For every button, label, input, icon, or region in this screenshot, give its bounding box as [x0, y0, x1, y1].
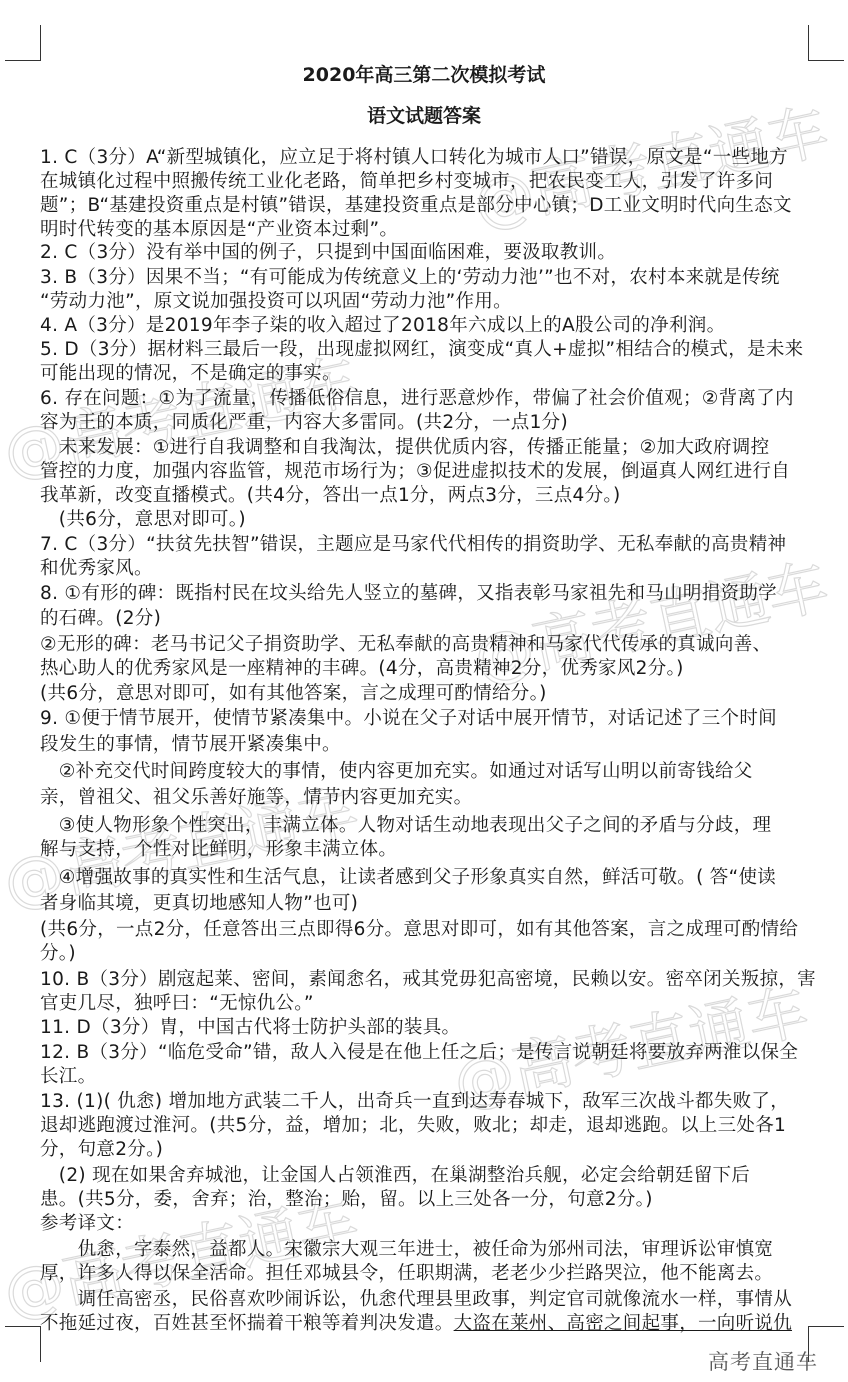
text-line: (共6分，一点2分，任意答出三点即得6分。意思对即可，如有其他答案，言之成理可酌…: [40, 918, 798, 942]
text-line: 长江。: [40, 1065, 96, 1089]
text-line: (共6分，意思对即可。): [40, 508, 246, 532]
text-line: 厚，许多人得以保全活命。担任邓城县令，任职期满，老老少少拦路哭泣，他不能离去。: [40, 1262, 773, 1286]
text-line: 在城镇化过程中照搬传统工业化老路，简单把乡村变城市，把农民变工人，引发了许多问: [40, 170, 773, 194]
text-line: 官吏几尽，独呼曰：“无惊仇公。”: [40, 992, 314, 1016]
text-line: 仇悆，字泰然，益都人。宋徽宗大观三年进士，被任命为邠州司法，审理诉讼审慎宽: [40, 1238, 773, 1262]
text-line: 2. C（3分）没有举中国的例子，只提到中国面临困难，要汲取教训。: [40, 241, 616, 265]
text-line: 我革新，改变直播模式。(共4分，答出一点1分，两点3分，三点4分。): [40, 484, 620, 508]
text-line: 患。(共5分，委，舍弃；治，整治；贻，留。以上三处各一分，句意2分。): [40, 1188, 653, 1212]
text-line: ②无形的碑：老马书记父子捐资助学、无私奉献的高贵精神和马家代代传承的真诚向善、: [40, 633, 771, 657]
text-line: 明时代转变的基本原因是“产业资本过剩”。: [40, 218, 398, 242]
text-line: (2) 现在如果舍弃城池，让金国人占领淮西，在巢湖整治兵舰，必定会给朝廷留下后: [40, 1164, 750, 1188]
crop-mark-top-right: [808, 25, 844, 61]
text-line: 8. ①有形的碑：既指村民在坟头给先人竖立的墓碑，又指表彰马家祖先和马山明捐资助…: [40, 582, 777, 606]
text-line: 和优秀家风。: [40, 557, 153, 581]
document-title: 2020年高三第二次模拟考试: [0, 60, 848, 87]
text-line: 亲，曾祖父、祖父乐善好施等，情节内容更加充实。: [40, 786, 472, 810]
text-line: 1. C（3分）A“新型城镇化，应立足于将村镇人口转化为城市人口”错误，原文是“…: [40, 146, 788, 170]
text-line: 段发生的事情，情节展开紧凑集中。: [40, 733, 341, 757]
text-line: 解与支持，个性对比鲜明，形象丰满立体。: [40, 838, 397, 862]
text-line: 调任高密丞，民俗喜欢吵闹诉讼，仇悆代理县里政事，判定官司就像流水一样，事情从: [40, 1288, 792, 1312]
text-line: 11. D（3分）胄，中国古代将士防护头部的装具。: [40, 1016, 460, 1040]
text-line: 管控的力度，加强内容监管，规范市场行为；③促进虚拟技术的发展，倒逼真人网红进行自: [40, 460, 790, 484]
text-line: 不拖延过夜，百姓甚至怀揣着干粮等着判决发遣。大盗在莱州、高密之间起事，一向听说仇: [40, 1312, 792, 1336]
text-line: 5. D（3分）据材料三最后一段，出现虚拟网红，演变成“真人+虚拟”相结合的模式…: [40, 338, 803, 362]
text-line: (共6分，意思对即可，如有其他答案，言之成理可酌情给分。): [40, 682, 547, 706]
text-line: 参考译文：: [40, 1212, 134, 1236]
document-subtitle: 语文试题答案: [0, 101, 848, 128]
text-line: 容为王的本质，同质化严重，内容大多雷同。(共2分，一点1分): [40, 411, 568, 435]
text-line: 者身临其境，更真切地感知人物”也可): [40, 892, 358, 916]
text-line: ④增强故事的真实性和生活气息，让读者感到父子形象真实自然，鲜活可敬。( 答“使读: [40, 866, 776, 890]
text-line: 6. 存在问题：①为了流量，传播低俗信息，进行恶意炒作，带偏了社会价值观；②背离…: [40, 387, 794, 411]
crop-mark-bottom-left: [5, 1326, 41, 1362]
text-line: 题”；B“基建投资重点是村镇”错误，基建投资重点是部分中心镇；D工业文明时代向生…: [40, 194, 792, 218]
text-line: 退却逃跑渡过淮河。(共5分，益，增加；北，失败，败北；却走，退却逃跑。以上三处各…: [40, 1114, 786, 1138]
text-line: 12. B（3分）“临危受命”错，敌人入侵是在他上任之后；是传言说朝廷将要放弃两…: [40, 1041, 798, 1065]
text-line: 13. (1)( 仇悆) 增加地方武装二千人，出奇兵一直到达寿春城下，敌军三次战…: [40, 1090, 789, 1114]
text-line: ②补充交代时间跨度较大的事情，使内容更加充实。如通过对话写山明以前寄钱给父: [40, 760, 753, 784]
text-line: 未来发展：①进行自我调整和自我淘汰，提供优质内容，传播正能量；②加大政府调控: [40, 436, 769, 460]
footer-brand: 高考直通车: [708, 1346, 818, 1376]
text-line: 可能出现的情况，不是确定的事实。: [40, 362, 341, 386]
underlined-text: 大盗在莱州、高密之间起事，一向听说仇: [454, 1313, 792, 1334]
text-segment: 不拖延过夜，百姓甚至怀揣着干粮等着判决发遣。: [40, 1313, 454, 1334]
crop-mark-top-left: [5, 25, 41, 61]
text-line: 10. B（3分）剧寇起莱、密间，素闻悆名，戒其党毋犯高密境，民赖以安。密卒闭关…: [40, 968, 816, 992]
text-line: 分，句意2分。): [40, 1138, 163, 1162]
text-line: 9. ①便于情节展开，使情节紧凑集中。小说在父子对话中展开情节，对话记述了三个时…: [40, 707, 777, 731]
text-line: “劳动力池”，原文说加强投资可以巩固“劳动力池”作用。: [40, 290, 512, 314]
text-line: 的石碑。(2分): [40, 607, 161, 631]
text-line: ③使人物形象个性突出，丰满立体。人物对话生动地表现出父子之间的矛盾与分歧，理: [40, 814, 771, 838]
text-line: 分。): [40, 942, 76, 966]
text-line: 热心助人的优秀家风是一座精神的丰碑。(4分，高贵精神2分，优秀家风2分。): [40, 657, 684, 681]
text-line: 3. B（3分）因果不当；“有可能成为传统意义上的‘劳动力池’”也不对，农村本来…: [40, 266, 780, 290]
text-line: 7. C（3分）“扶贫先扶智”错误，主题应是马家代代相传的捐资助学、无私奉献的高…: [40, 533, 786, 557]
text-line: 4. A（3分）是2019年李子柒的收入超过了2018年六成以上的A股公司的净利…: [40, 314, 725, 338]
